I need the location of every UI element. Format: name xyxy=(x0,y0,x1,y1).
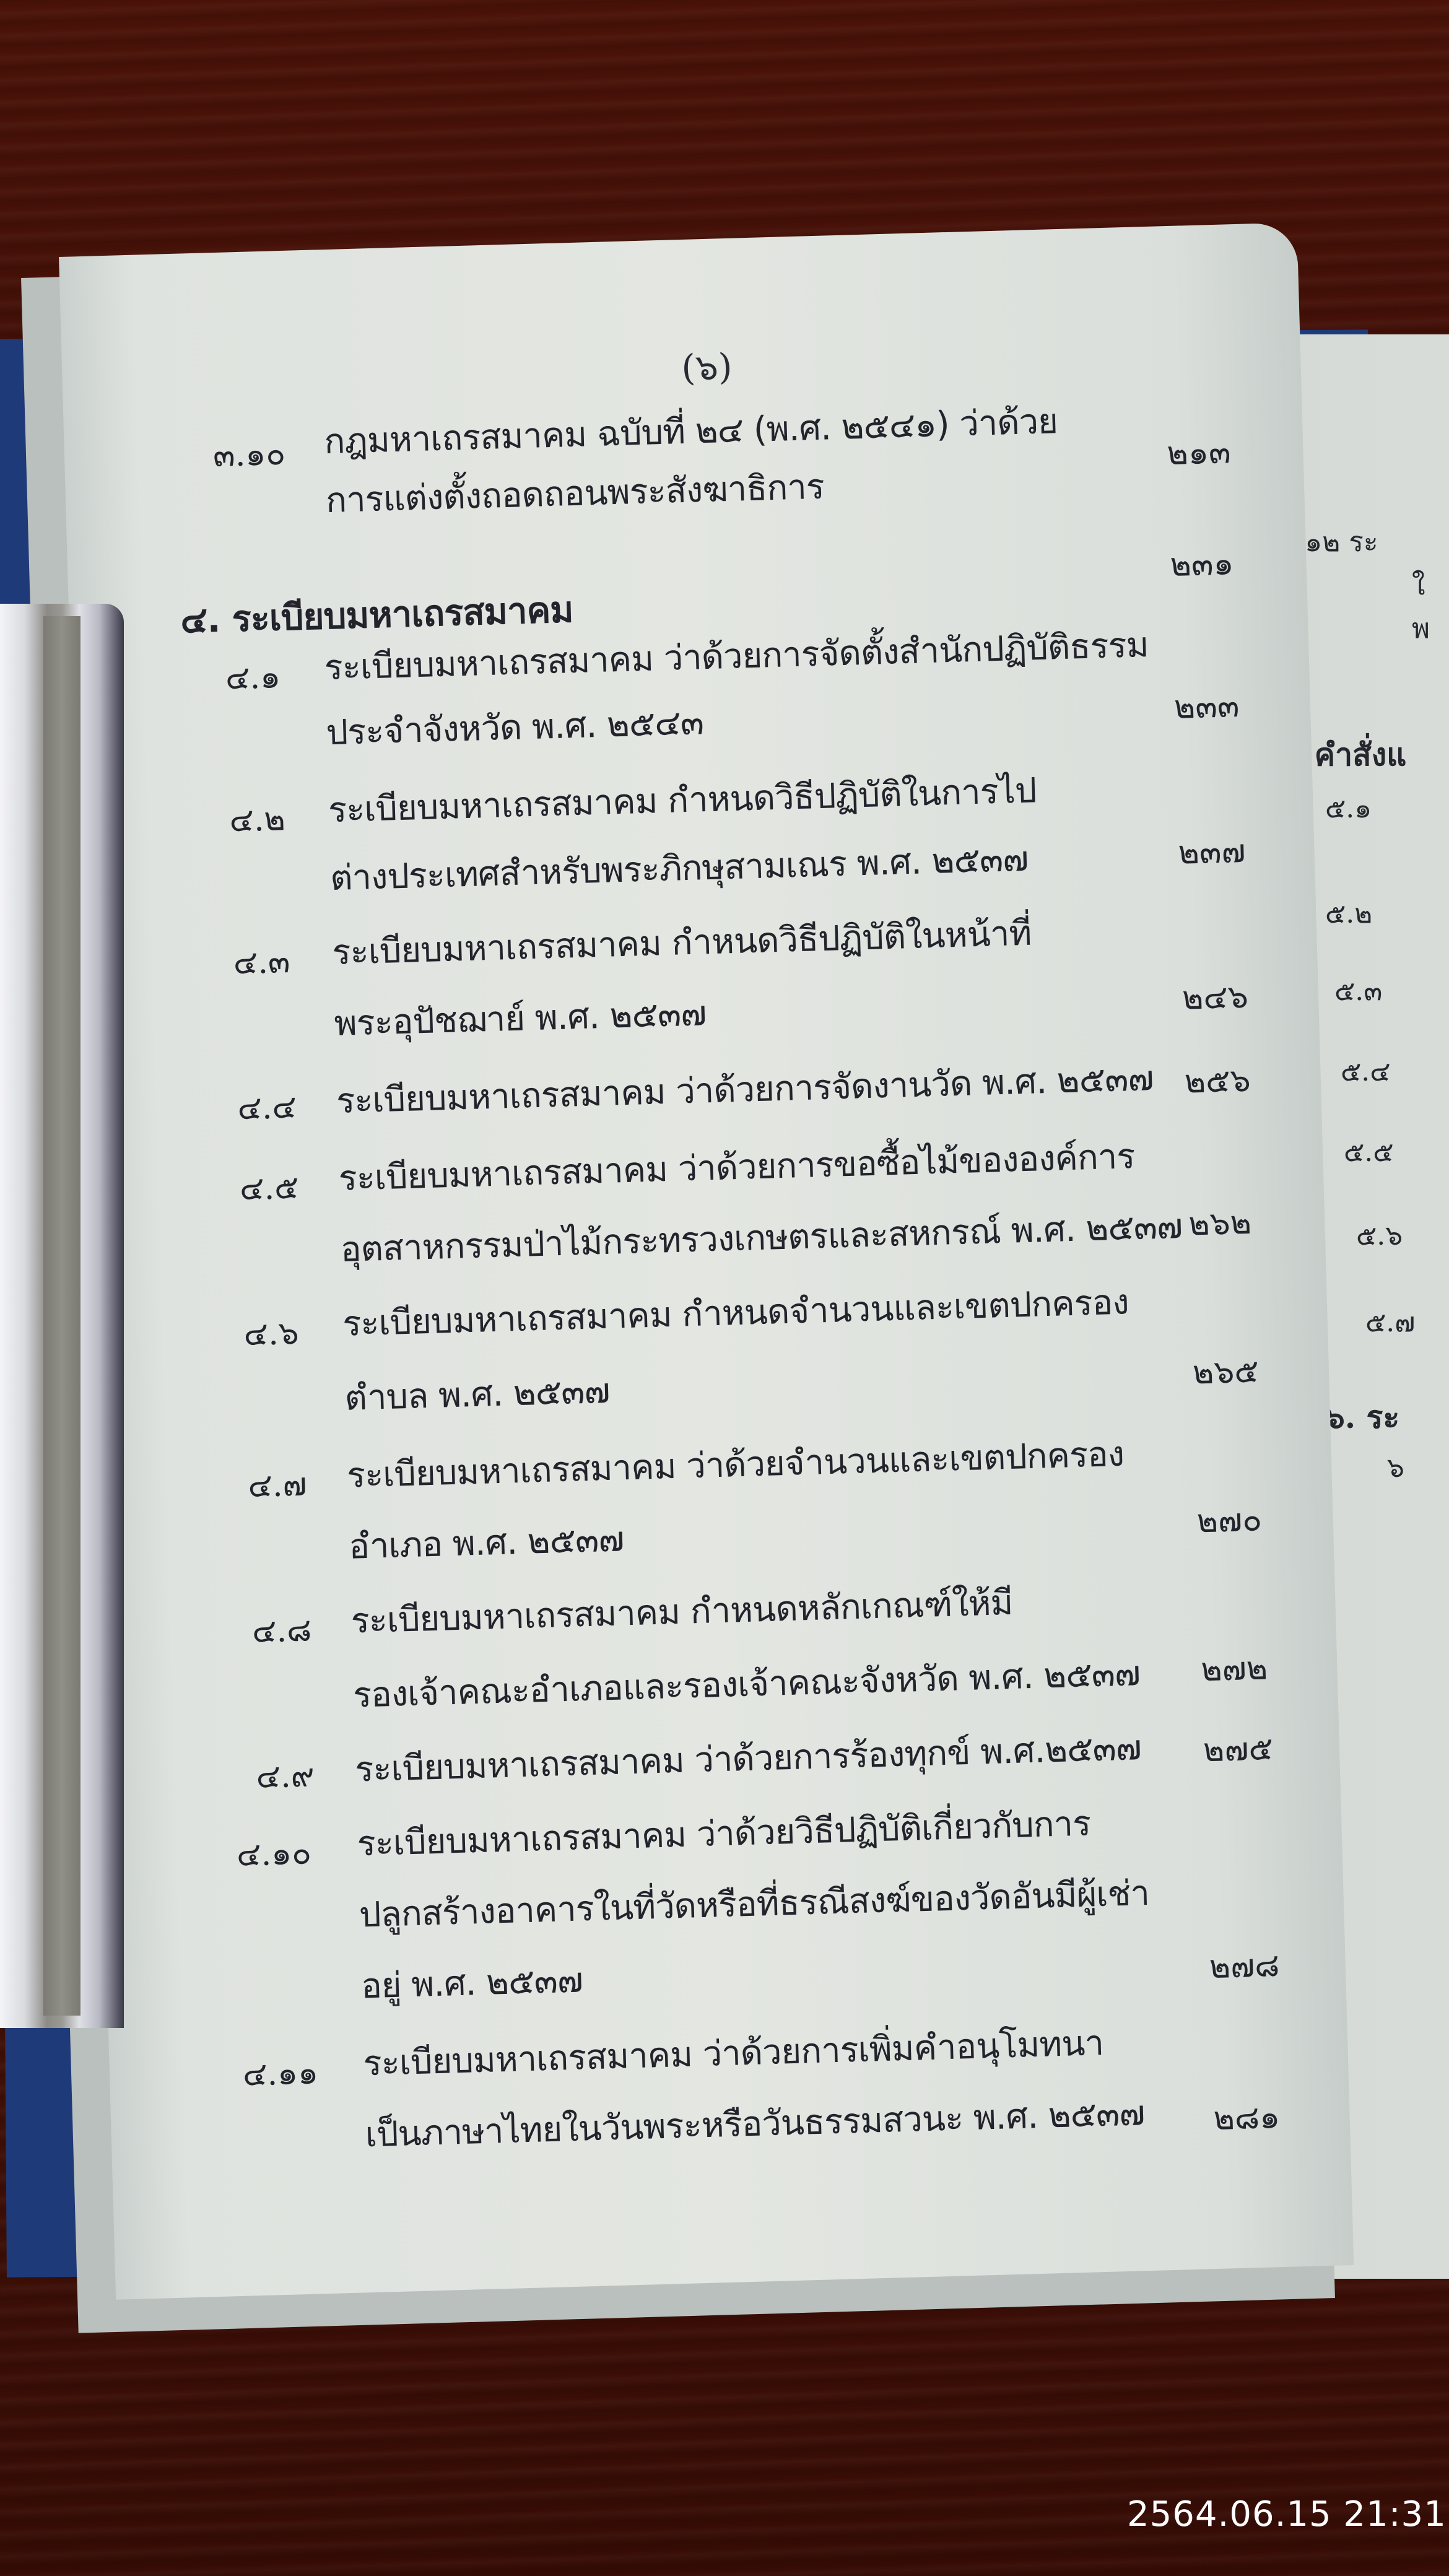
entry-page: ๒๗๒ xyxy=(1200,1642,1268,1695)
entry-title: ระเบียบมหาเถรสมาคม กำหนดหลักเกณฑ์ให้มี xyxy=(350,1575,1013,1648)
entry-title: เป็นภาษาไทยในวันพระหรือวันธรรมสวนะ พ.ศ. … xyxy=(365,2085,1146,2162)
entry-title: กฎมหาเถรสมาคม ฉบับที่ ๒๔ (พ.ศ. ๒๕๔๑) ว่า… xyxy=(323,393,1058,469)
right-item-fragment: ใ xyxy=(1412,563,1425,607)
right-heading-6: ๖. ระ xyxy=(1325,1393,1399,1442)
right-item-6-1: ๖ xyxy=(1387,1446,1404,1489)
entry-number: ๔.๘ xyxy=(251,1603,312,1656)
entry-title: การแต่งตั้งถอดถอนพระสังฆาธิการ xyxy=(325,459,825,528)
entry-title: อุตสาหกรรมป่าไม้กระทรวงเกษตรและสหกรณ์ พ.… xyxy=(340,1198,1183,1277)
entry-number: ๔.๗ xyxy=(247,1458,307,1512)
entry-title: ต่างประเทศสำหรับพระภิกษุสามเณร พ.ศ. ๒๕๓๗ xyxy=(329,831,1029,905)
entry-page: ๒๗๘ xyxy=(1209,1939,1281,1992)
right-item-5-5: ๕.๕ xyxy=(1344,1130,1394,1173)
entry-title: ตำบล พ.ศ. ๒๕๓๗ xyxy=(344,1363,610,1425)
table-of-contents: ๓.๑๐ กฎมหาเถรสมาคม ฉบับที่ ๒๔ (พ.ศ. ๒๕๔๑… xyxy=(59,222,1354,2300)
entry-title: ระเบียบมหาเถรสมาคม ว่าด้วยวิธีปฏิบัติเกี… xyxy=(356,1795,1091,1871)
toc-entry: ๔.๘ ระเบียบมหาเถรสมาคม กำหนดหลักเกณฑ์ให้… xyxy=(97,1565,1334,1600)
toc-entry: ๔.๑๑ ระเบียบมหาเถรสมาคม ว่าด้วยการเพิ่มค… xyxy=(109,2008,1347,2043)
entry-page: ๒๓๓ xyxy=(1173,679,1240,733)
entry-page: ๒๗๐ xyxy=(1196,1494,1263,1547)
toc-section-heading: ๔. ระเบียบมหาเถรสมาคม ๒๓๑ xyxy=(67,535,1305,570)
photo-timestamp: 2564.06.15 21:31 xyxy=(1127,2494,1447,2535)
right-item-5-1: ๕.๑ xyxy=(1325,786,1372,830)
entry-title: ปลูกสร้างอาคารในที่วัดหรือที่ธรณีสงฆ์ของ… xyxy=(359,1865,1150,1943)
entry-number: ๔.๑๑ xyxy=(242,2046,319,2099)
entry-title: ประจำจังหวัด พ.ศ. ๒๕๔๓ xyxy=(325,694,704,760)
entry-title: รองเจ้าคณะอำเภอและรองเจ้าคณะจังหวัด พ.ศ.… xyxy=(352,1645,1141,1722)
toc-entry: ๔.๙ ระเบียบมหาเถรสมาคม ว่าด้วยการร้องทุก… xyxy=(100,1714,1338,1749)
clip-groove xyxy=(43,616,80,2016)
right-item-5-6: ๕.๖ xyxy=(1356,1214,1403,1257)
entry-number: ๔.๑ xyxy=(225,650,281,703)
entry-title: ระเบียบมหาเถรสมาคม กำหนดจำนวนและเขตปกครอ… xyxy=(342,1274,1129,1351)
entry-number: ๔.๑๐ xyxy=(236,1827,312,1880)
metal-binder-clip xyxy=(0,604,124,2028)
toc-entry: ๔.๓ ระเบียบมหาเถรสมาคม กำหนดวิธีปฏิบัติใ… xyxy=(77,897,1315,932)
entry-page: ๒๓๑ xyxy=(1169,537,1234,590)
entry-title: พระอุปัชฌาย์ พ.ศ. ๒๕๓๗ xyxy=(333,985,707,1051)
entry-page: ๒๘๑ xyxy=(1212,2091,1281,2144)
entry-title: ระเบียบมหาเถรสมาคม ว่าด้วยการเพิ่มคำอนุโ… xyxy=(362,2015,1104,2091)
entry-number: ๔.๔ xyxy=(237,1081,297,1134)
entry-number: ๔.๙ xyxy=(255,1749,315,1802)
entry-title: อยู่ พ.ศ. ๒๕๓๗ xyxy=(360,1952,583,2013)
entry-title: ระเบียบมหาเถรสมาคม ว่าด้วยจำนวนและเขตปกค… xyxy=(346,1426,1125,1503)
toc-entry: ๔.๔ ระเบียบมหาเถรสมาคม ว่าด้วยการจัดงานว… xyxy=(82,1046,1320,1081)
right-item-5-4: ๕.๔ xyxy=(1341,1050,1391,1093)
entry-page: ๒๑๓ xyxy=(1166,425,1231,479)
entry-title: ระเบียบมหาเถรสมาคม ว่าด้วยการขอซื้อไม้ขอ… xyxy=(337,1128,1135,1206)
entry-number: ๔.๕ xyxy=(239,1161,300,1214)
entry-number: ๔.๓ xyxy=(233,935,291,988)
right-item-5-7: ๕.๗ xyxy=(1365,1300,1415,1344)
entry-number: ๔.๒ xyxy=(228,793,285,845)
entry-number: ๔.๖ xyxy=(243,1307,300,1359)
entry-page: ๒๖๒ xyxy=(1188,1196,1252,1250)
toc-entry: ๔.๒ ระเบียบมหาเถรสมาคม กำหนดวิธีปฏิบัติใ… xyxy=(74,755,1312,790)
entry-title: ระเบียบมหาเถรสมาคม ว่าด้วยการร้องทุกข์ พ… xyxy=(354,1720,1142,1796)
entry-page: ๒๕๖ xyxy=(1184,1054,1251,1107)
entry-title: ระเบียบมหาเถรสมาคม กำหนดวิธีปฏิบัติในหน้… xyxy=(331,905,1032,980)
entry-page: ๒๗๕ xyxy=(1203,1722,1274,1775)
entry-title: ระเบียบมหาเถรสมาคม กำหนดวิธีปฏิบัติในการ… xyxy=(328,762,1037,837)
entry-number: ๓.๑๐ xyxy=(212,427,286,481)
entry-title: ระเบียบมหาเถรสมาคม ว่าด้วยการจัดงานวัด พ… xyxy=(336,1050,1154,1128)
left-page: (๖) ๓.๑๐ กฎมหาเถรสมาคม ฉบับที่ ๒๔ (พ.ศ. … xyxy=(59,222,1354,2300)
toc-entry: ๔.๖ ระเบียบมหาเถรสมาคม กำหนดจำนวนและเขตป… xyxy=(88,1268,1326,1303)
right-item-5-2: ๕.๒ xyxy=(1325,892,1372,935)
right-item-fragment: พ xyxy=(1412,607,1430,650)
entry-page: ๒๓๗ xyxy=(1177,825,1246,878)
toc-entry: ๓.๑๐ กฎมหาเถรสมาคม ฉบับที่ ๒๔ (พ.ศ. ๒๕๔๑… xyxy=(63,386,1301,421)
right-item-5-3: ๕.๓ xyxy=(1334,969,1382,1012)
entry-page: ๒๖๕ xyxy=(1192,1345,1260,1398)
toc-entry: ๔.๗ ระเบียบมหาเถรสมาคม ว่าด้วยจำนวนและเข… xyxy=(92,1420,1330,1455)
entry-page: ๒๔๖ xyxy=(1181,970,1249,1024)
entry-title: อำเภอ พ.ศ. ๒๕๓๗ xyxy=(348,1511,624,1573)
